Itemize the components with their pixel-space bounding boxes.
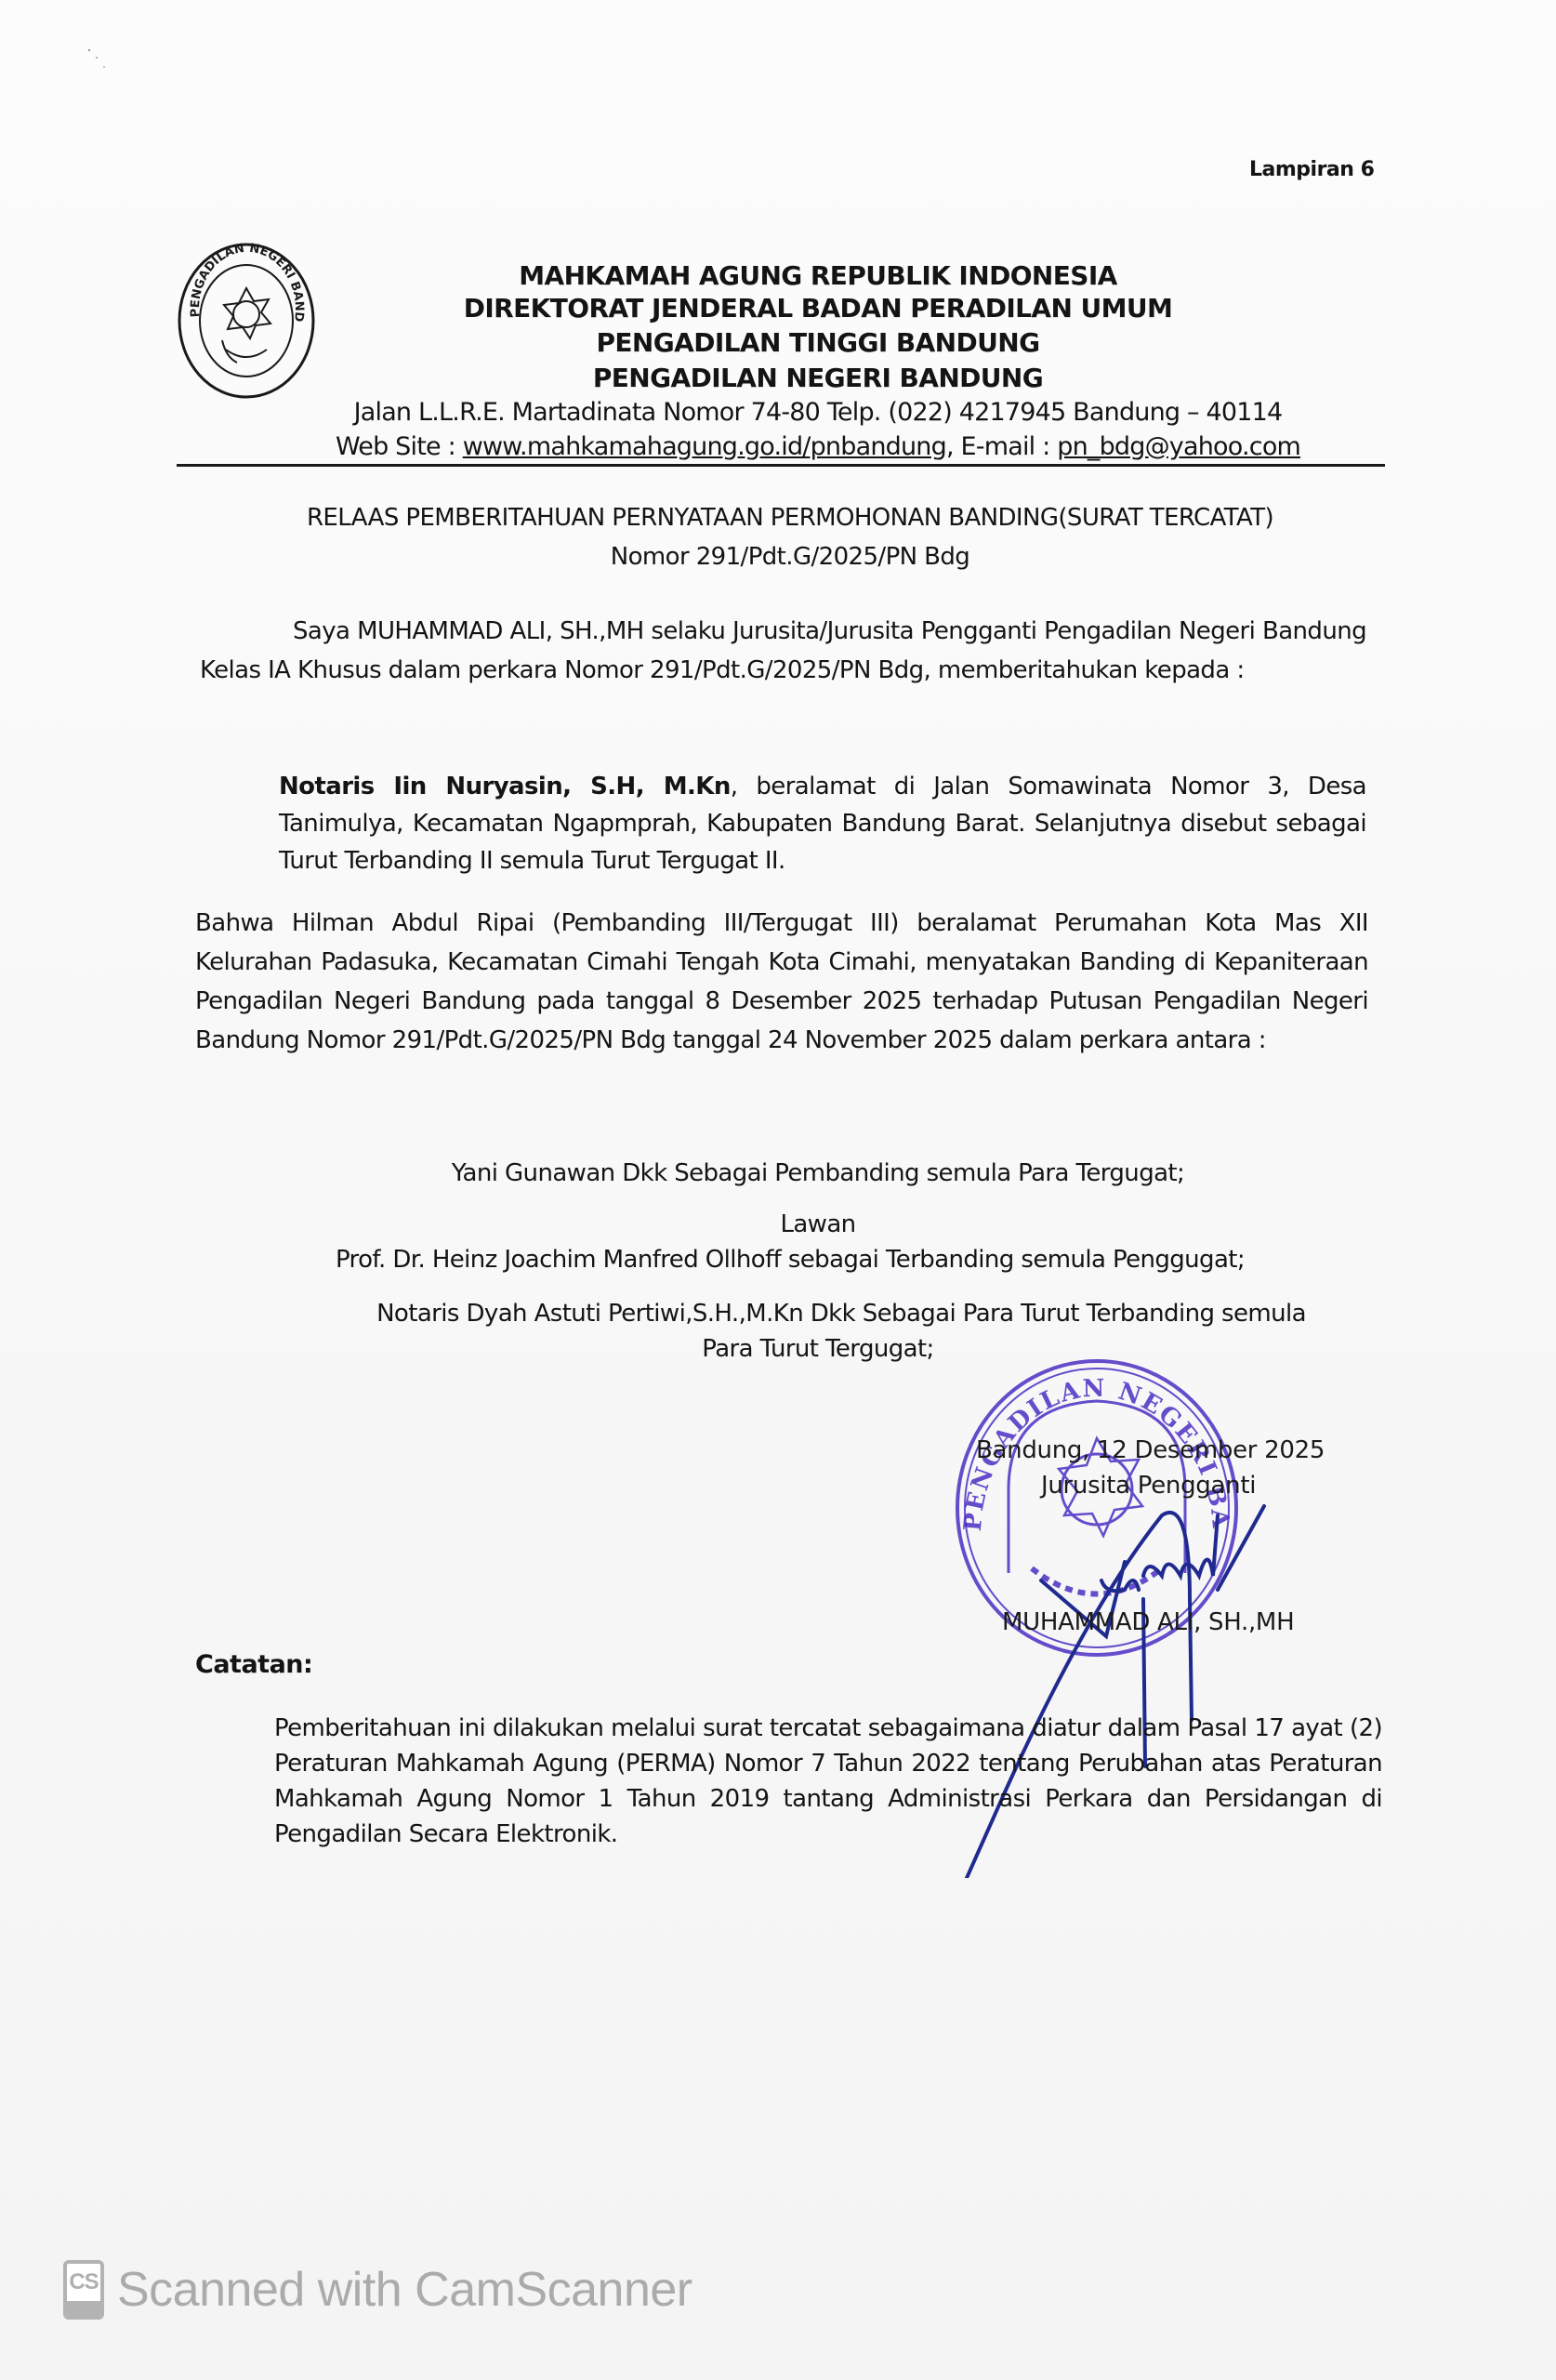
camscanner-text: Scanned with CamScanner <box>117 2262 692 2318</box>
appeal-statement: Bahwa Hilman Abdul Ripai (Pembanding III… <box>195 904 1368 1060</box>
note-text: Pemberitahuan ini dilakukan melalui sura… <box>274 1711 1382 1852</box>
email-link[interactable]: pn_bdg@yahoo.com <box>1057 432 1300 461</box>
signature-place-date: Bandung, 12 Desember 2025 <box>976 1436 1325 1464</box>
website-link[interactable]: www.mahkamahagung.go.id/pnbandung <box>463 432 946 461</box>
email-label: , E-mail : <box>946 432 1057 461</box>
scanned-page: Lampiran 6 PENGADILAN NEGERI BANDUNG MAH… <box>0 0 1556 2380</box>
camscanner-watermark: CS Scanned with CamScanner <box>63 2257 692 2322</box>
letterhead-address: Jalan L.L.R.E. Martadinata Nomor 74-80 T… <box>279 398 1357 427</box>
attachment-label: Lampiran 6 <box>1249 158 1374 181</box>
letterhead-contacts: Web Site : www.mahkamahagung.go.id/pnban… <box>279 432 1357 461</box>
letterhead-line-3: PENGADILAN TINGGI BANDUNG <box>279 327 1357 358</box>
intro-paragraph: Saya MUHAMMAD ALI, SH.,MH selaku Jurusit… <box>200 612 1366 690</box>
party-co-appellee-line-1: Notaris Dyah Astuti Pertiwi,S.H.,M.Kn Dk… <box>307 1300 1376 1328</box>
document-number: Nomor 291/Pdt.G/2025/PN Bdg <box>186 543 1394 571</box>
party-appellant: Yani Gunawan Dkk Sebagai Pembanding semu… <box>260 1159 1376 1187</box>
document-title: RELAAS PEMBERITAHUAN PERNYATAAN PERMOHON… <box>186 504 1394 532</box>
recipient-paragraph: Notaris Iin Nuryasin, S.H, M.Kn, beralam… <box>279 768 1366 879</box>
note-label: Catatan: <box>195 1650 312 1679</box>
camscanner-logo-text: CS <box>69 2264 98 2301</box>
website-label: Web Site : <box>336 432 463 461</box>
recipient-name: Notaris Iin Nuryasin, S.H, M.Kn <box>279 773 731 800</box>
letterhead-line-1: MAHKAMAH AGUNG REPUBLIK INDONESIA <box>279 260 1357 291</box>
party-versus: Lawan <box>260 1210 1376 1238</box>
scan-speck-marks <box>84 46 112 74</box>
letterhead-line-2: DIREKTORAT JENDERAL BADAN PERADILAN UMUM <box>279 293 1357 324</box>
party-appellee: Prof. Dr. Heinz Joachim Manfred Ollhoff … <box>186 1246 1394 1274</box>
signature-name: MUHAMMAD ALI, SH.,MH <box>1002 1608 1294 1636</box>
camscanner-logo-icon: CS <box>63 2260 104 2320</box>
letterhead-divider <box>177 464 1385 467</box>
letterhead-line-4: PENGADILAN NEGERI BANDUNG <box>279 363 1357 393</box>
